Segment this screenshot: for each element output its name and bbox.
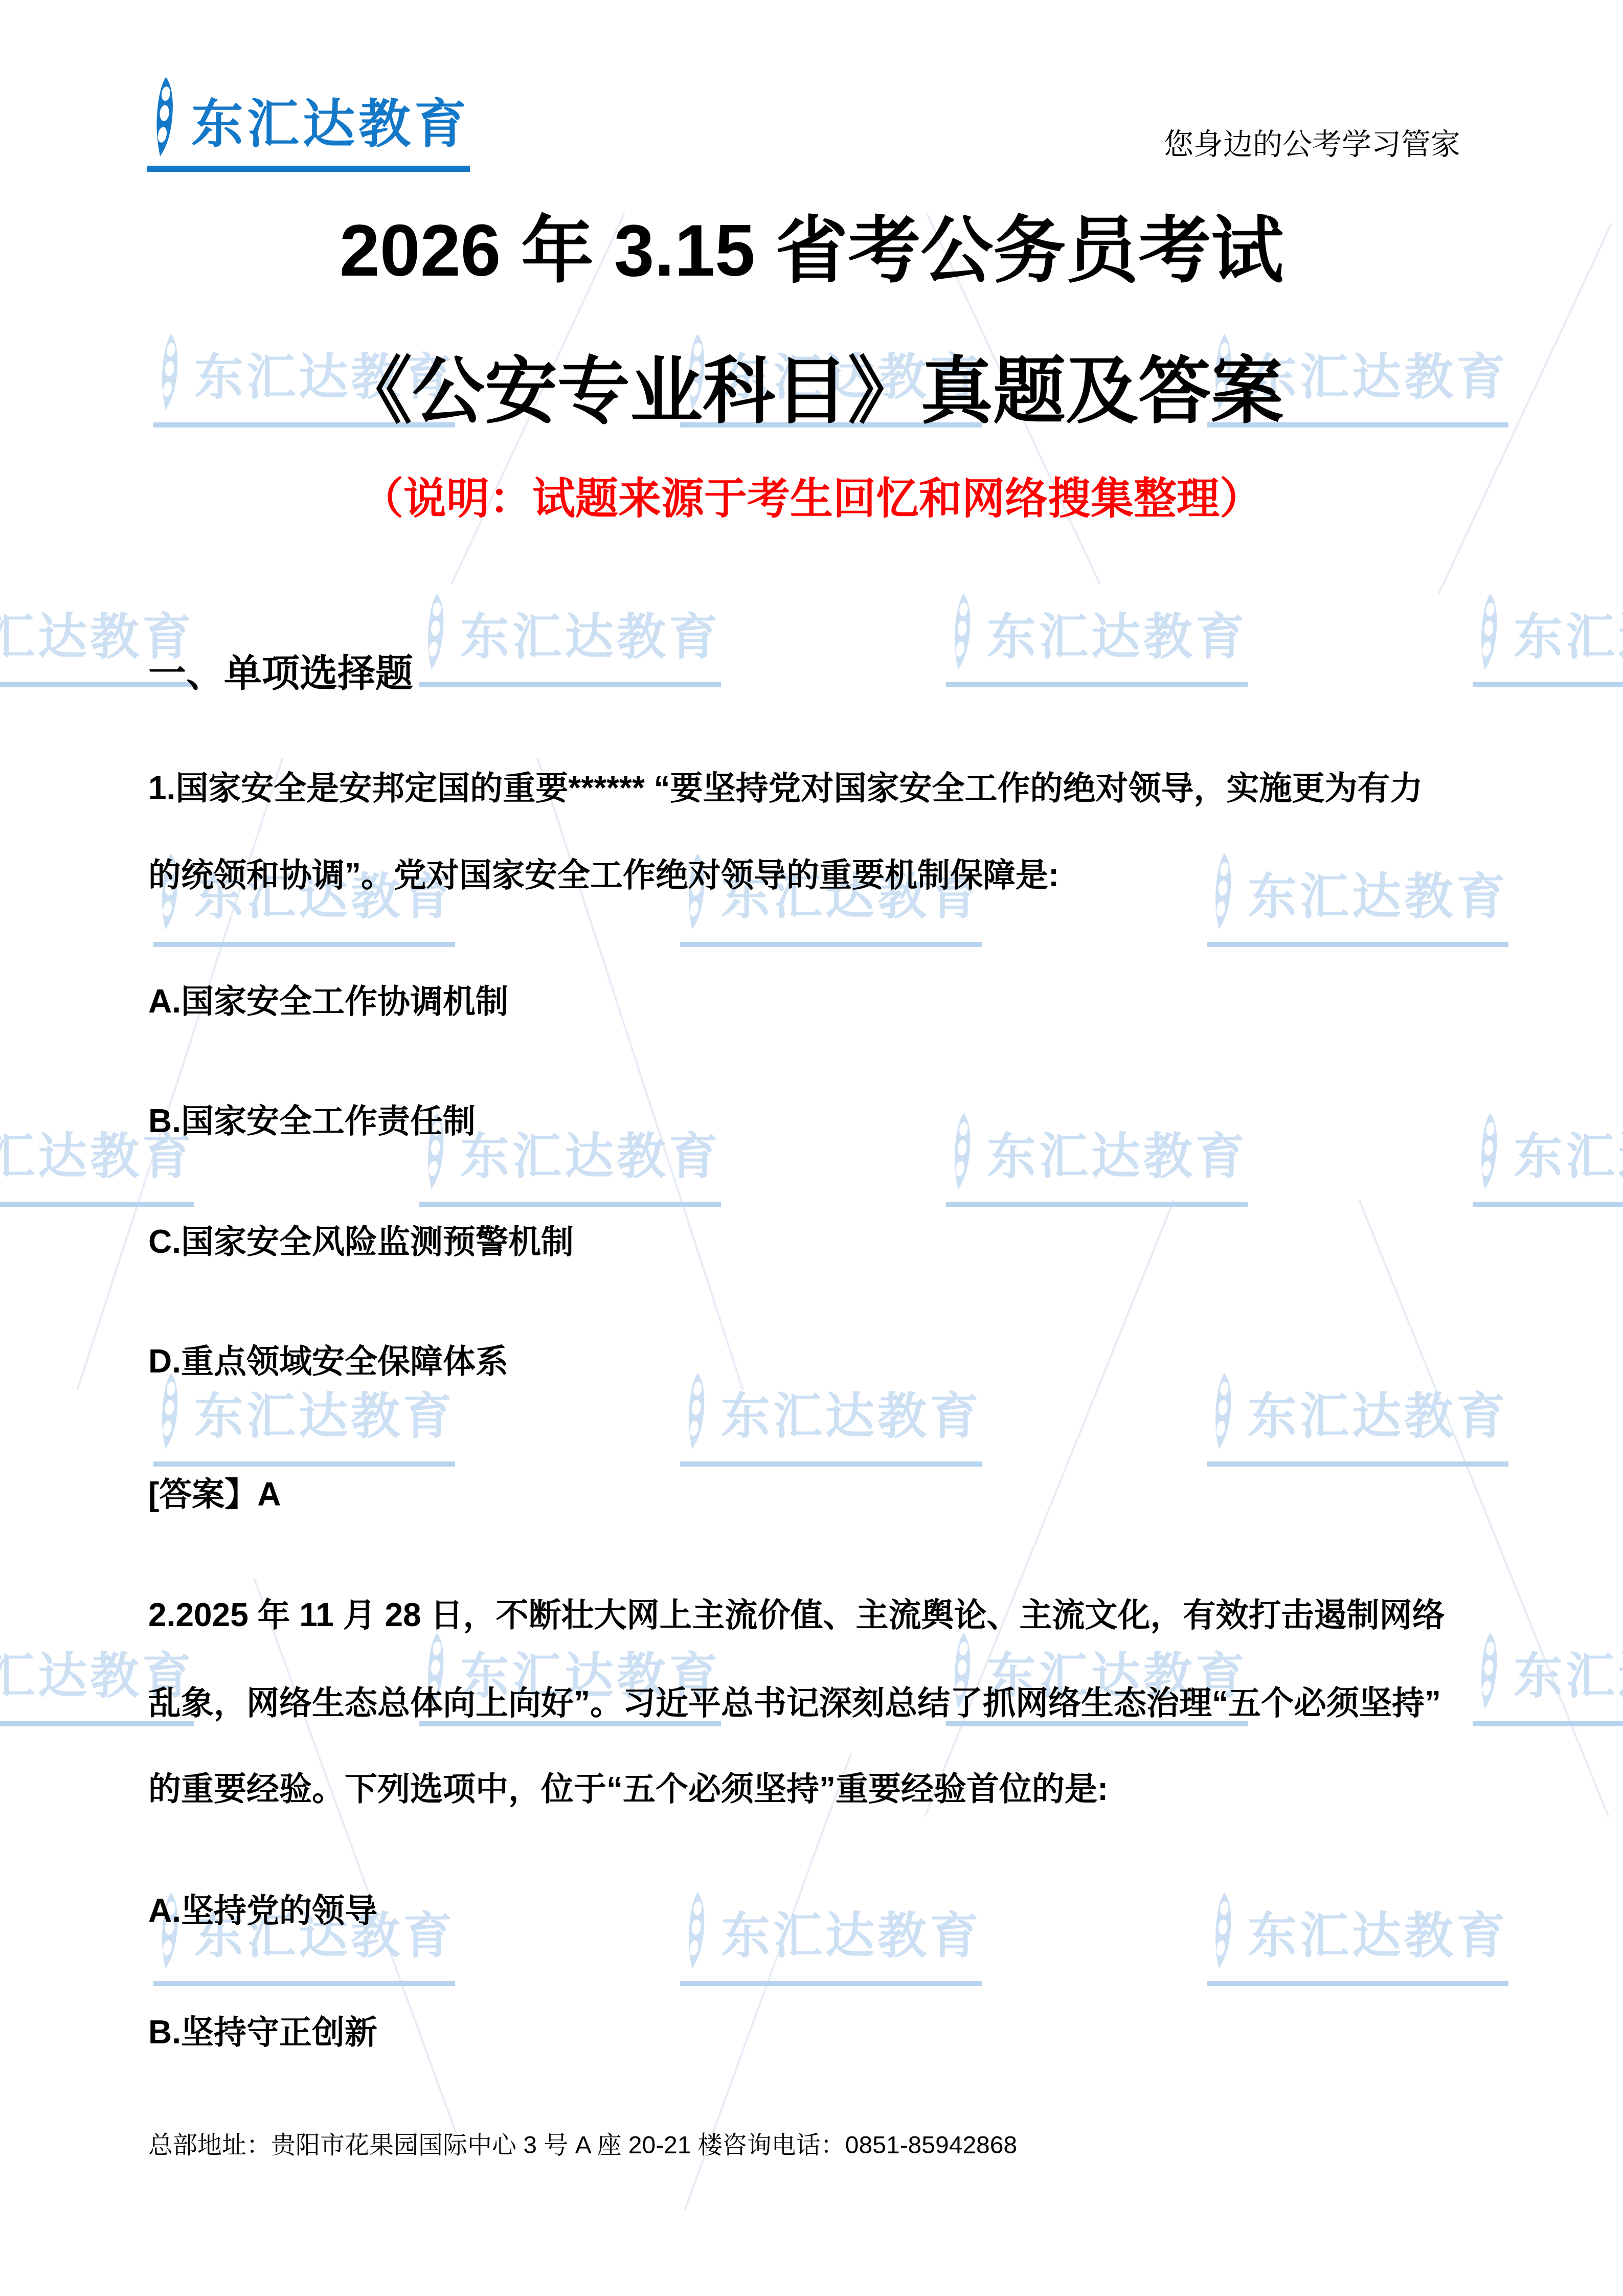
watermark: 东汇达教育 [1473, 1631, 1623, 1726]
watermark-text: 东汇达教育 [460, 1132, 721, 1181]
watermark-text: 东汇达教育 [721, 1911, 982, 1961]
watermark-text: 东汇达教育 [721, 1392, 982, 1441]
watermark: 东汇达教育 [1207, 1891, 1508, 1986]
pen-icon [1473, 1112, 1506, 1191]
watermark-text: 东汇达教育 [987, 613, 1248, 662]
watermark: 东汇达教育 [1473, 592, 1623, 687]
pen-icon [147, 76, 183, 159]
watermark-text: 东汇达教育 [1514, 613, 1623, 662]
pen-icon [946, 592, 980, 672]
question-2-option-b: B.坚持守正创新 [148, 2014, 377, 2052]
pen-icon [1473, 592, 1506, 672]
watermark: 东汇达教育 [946, 592, 1248, 687]
question-1-option-a: A.国家安全工作协调机制 [148, 983, 508, 1021]
question-2-line-2: 乱象，网络生态总体向上向好”。习近平总书记深刻总结了抓网络生态治理“五个必须坚持… [148, 1684, 1441, 1722]
question-2-option-a: A.坚持党的领导 [148, 1892, 377, 1930]
watermark-text: 东汇达教育 [987, 1132, 1248, 1181]
watermark-layer: 东汇达教育东汇达教育东汇达教育东汇达教育东汇达教育东汇达教育东汇达教育东汇达教育… [0, 0, 1623, 2296]
pen-icon [419, 592, 453, 672]
brand-logo: 东汇达教育 [147, 76, 470, 172]
watermark: 东汇达教育 [1473, 1112, 1623, 1207]
watermark-text: 东汇达教育 [194, 1392, 455, 1441]
watermark-text: 东汇达教育 [460, 613, 721, 662]
watermark: 东汇达教育 [680, 1371, 982, 1467]
question-2-line-3: 的重要经验。下列选项中，位于“五个必须坚持”重要经验首位的是: [148, 1770, 1108, 1808]
question-1-option-d: D.重点领域安全保障体系 [148, 1343, 508, 1381]
footer-address: 总部地址：贵阳市花果园国际中心 3 号 A 座 20-21 楼咨询电话：0851… [148, 2133, 1017, 2158]
watermark: 东汇达教育 [153, 1371, 455, 1467]
question-1-option-b: B.国家安全工作责任制 [148, 1102, 476, 1140]
watermark-text: 东汇达教育 [1248, 872, 1508, 921]
pen-icon [680, 1371, 714, 1451]
watermark: 东汇达教育 [946, 1112, 1248, 1207]
watermark: 东汇达教育 [1207, 852, 1508, 947]
question-1-line-1: 1.国家安全是安邦定国的重要****** “要坚持党对国家安全工作的绝对领导，实… [148, 770, 1423, 807]
document-page: 东汇达教育东汇达教育东汇达教育东汇达教育东汇达教育东汇达教育东汇达教育东汇达教育… [0, 0, 1623, 2296]
pen-icon [680, 1891, 714, 1971]
pen-icon [1473, 1631, 1506, 1711]
pen-icon [153, 1371, 187, 1451]
watermark-text: 东汇达教育 [1514, 1652, 1623, 1701]
question-1-answer: [答案】A [148, 1476, 281, 1514]
pen-icon [1207, 1371, 1241, 1451]
watermark-text: 东汇达教育 [1248, 1911, 1508, 1961]
document-title-line-2: 《公安专业科目》真题及答案 [0, 355, 1623, 428]
pen-icon [946, 1112, 980, 1191]
question-1-line-2: 的统领和协调”。党对国家安全工作绝对领导的重要机制保障是: [148, 857, 1059, 894]
watermark-text: 东汇达教育 [1248, 1392, 1508, 1441]
pen-icon [1207, 852, 1241, 932]
brand-logo-text: 东汇达教育 [191, 98, 470, 150]
document-note: （说明：试题来源于考生回忆和网络搜集整理） [0, 477, 1623, 520]
watermark: 东汇达教育 [419, 592, 721, 687]
document-title-line-1: 2026 年 3.15 省考公务员考试 [0, 215, 1623, 287]
question-2-line-1: 2.2025 年 11 月 28 日，不断壮大网上主流价值、主流舆论、主流文化，… [148, 1596, 1445, 1634]
pen-icon [1207, 1891, 1241, 1971]
watermark: 东汇达教育 [680, 1891, 982, 1986]
watermark: 东汇达教育 [1207, 1371, 1508, 1467]
watermark-text: 东汇达教育 [1514, 1132, 1623, 1181]
brand-tagline: 您身边的公考学习管家 [1164, 127, 1460, 163]
section-heading: 一、单项选择题 [148, 655, 413, 692]
question-1-option-c: C.国家安全风险监测预警机制 [148, 1223, 574, 1261]
